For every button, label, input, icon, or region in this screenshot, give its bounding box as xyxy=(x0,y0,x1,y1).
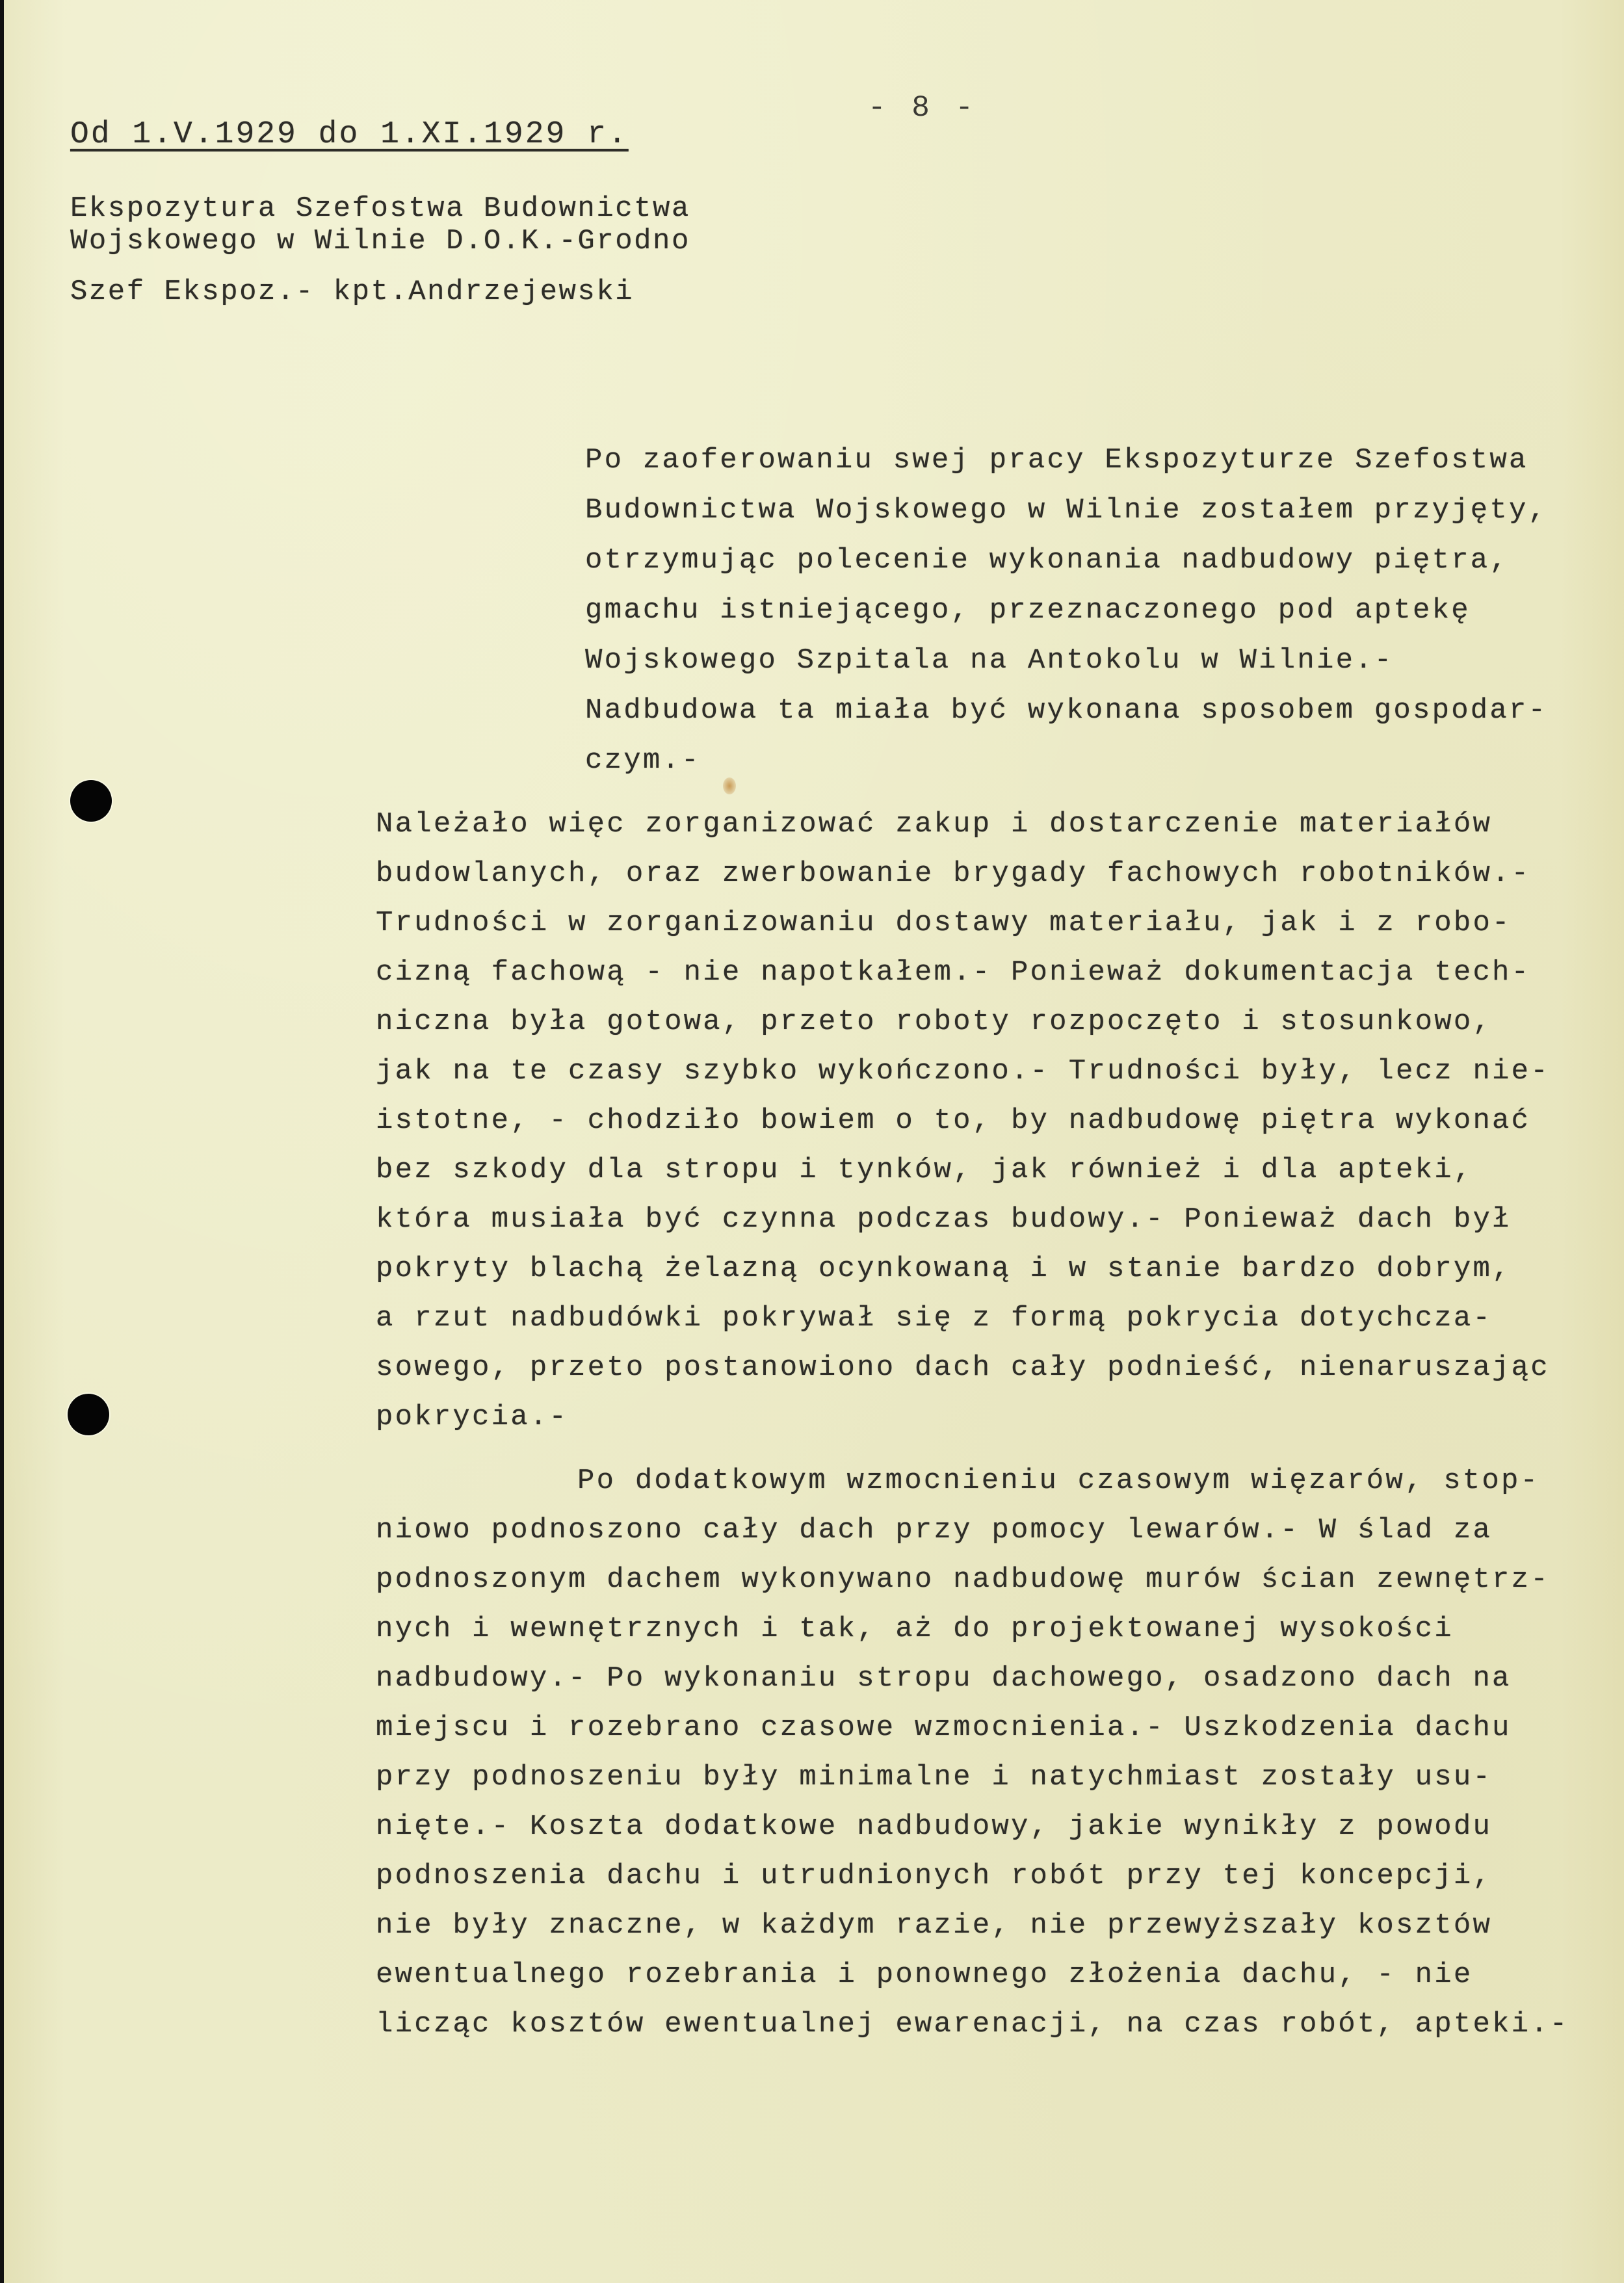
paragraph-line: cizną fachową - nie napotkałem.- Poniewa… xyxy=(376,948,1550,997)
paragraph-line: pokrycia.- xyxy=(376,1392,1550,1442)
paragraph-line: przy podnoszeniu były minimalne i natych… xyxy=(376,1753,1569,1802)
paragraph-line: sowego, przeto postanowiono dach cały po… xyxy=(376,1343,1550,1392)
paragraph-line: nięte.- Koszta dodatkowe nadbudowy, jaki… xyxy=(376,1802,1569,1851)
paragraph-line: nadbudowy.- Po wykonaniu stropu dachoweg… xyxy=(376,1654,1569,1703)
paragraph-line: Wojskowego Szpitala na Antokolu w Wilnie… xyxy=(585,636,1547,686)
paragraph-line: Trudności w zorganizowaniu dostawy mater… xyxy=(376,898,1550,948)
organization-line-2: Wojskowego w Wilnie D.O.K.-Grodno xyxy=(70,225,690,257)
paragraph-line: Po zaoferowaniu swej pracy Ekspozyturze … xyxy=(585,436,1547,486)
paragraph-line: pokryty blachą żelazną ocynkowaną i w st… xyxy=(376,1244,1550,1294)
paragraph-line: Po dodatkowym wzmocnieniu czasowym więza… xyxy=(376,1456,1569,1506)
paragraph-line: gmachu istniejącego, przeznaczonego pod … xyxy=(585,586,1547,636)
paragraph-line: podnoszonym dachem wykonywano nadbudowę … xyxy=(376,1555,1569,1604)
paragraph-3: Po dodatkowym wzmocnieniu czasowym więza… xyxy=(376,1456,1569,2049)
paragraph-line: niczna była gotowa, przeto roboty rozpoc… xyxy=(376,997,1550,1047)
paragraph-line: budowlanych, oraz zwerbowanie brygady fa… xyxy=(376,849,1550,898)
punch-hole-top xyxy=(70,780,112,822)
organization-line-1: Ekspozytura Szefostwa Budownictwa xyxy=(70,192,690,225)
page-number: - 8 - xyxy=(868,91,977,125)
paragraph-2: Należało więc zorganizować zakup i dosta… xyxy=(376,800,1550,1442)
paragraph-line: Nadbudowa ta miała być wykonana sposobem… xyxy=(585,686,1547,736)
paragraph-1: Po zaoferowaniu swej pracy Ekspozyturze … xyxy=(585,436,1547,786)
paragraph-line: bez szkody dla stropu i tynków, jak równ… xyxy=(376,1145,1550,1195)
scan-edge xyxy=(0,0,4,2283)
paragraph-line: a rzut nadbudówki pokrywał się z formą p… xyxy=(376,1294,1550,1343)
paragraph-line: ewentualnego rozebrania i ponownego złoż… xyxy=(376,1950,1569,2000)
paragraph-line: istotne, - chodziło bowiem o to, by nadb… xyxy=(376,1096,1550,1145)
paragraph-line: nych i wewnętrznych i tak, aż do projekt… xyxy=(376,1604,1569,1654)
paragraph-line: Należało więc zorganizować zakup i dosta… xyxy=(376,800,1550,849)
chief-line: Szef Ekspoz.- kpt.Andrzejewski xyxy=(70,276,634,308)
paragraph-line: miejscu i rozebrano czasowe wzmocnienia.… xyxy=(376,1703,1569,1753)
punch-hole-bottom xyxy=(68,1394,109,1435)
paragraph-line: niowo podnoszono cały dach przy pomocy l… xyxy=(376,1506,1569,1555)
paragraph-line: licząc kosztów ewentualnej ewarenacji, n… xyxy=(376,2000,1569,2049)
paragraph-line: jak na te czasy szybko wykończono.- Trud… xyxy=(376,1047,1550,1096)
paragraph-line: nie były znaczne, w każdym razie, nie pr… xyxy=(376,1901,1569,1950)
paragraph-line: podnoszenia dachu i utrudnionych robót p… xyxy=(376,1851,1569,1901)
paragraph-line: Budownictwa Wojskowego w Wilnie zostałem… xyxy=(585,486,1547,536)
paragraph-line: otrzymując polecenie wykonania nadbudowy… xyxy=(585,536,1547,586)
paragraph-line: czym.- xyxy=(585,736,1547,786)
paragraph-line: która musiała być czynna podczas budowy.… xyxy=(376,1195,1550,1244)
date-range-heading: Od 1.V.1929 do 1.XI.1929 r. xyxy=(70,117,629,152)
